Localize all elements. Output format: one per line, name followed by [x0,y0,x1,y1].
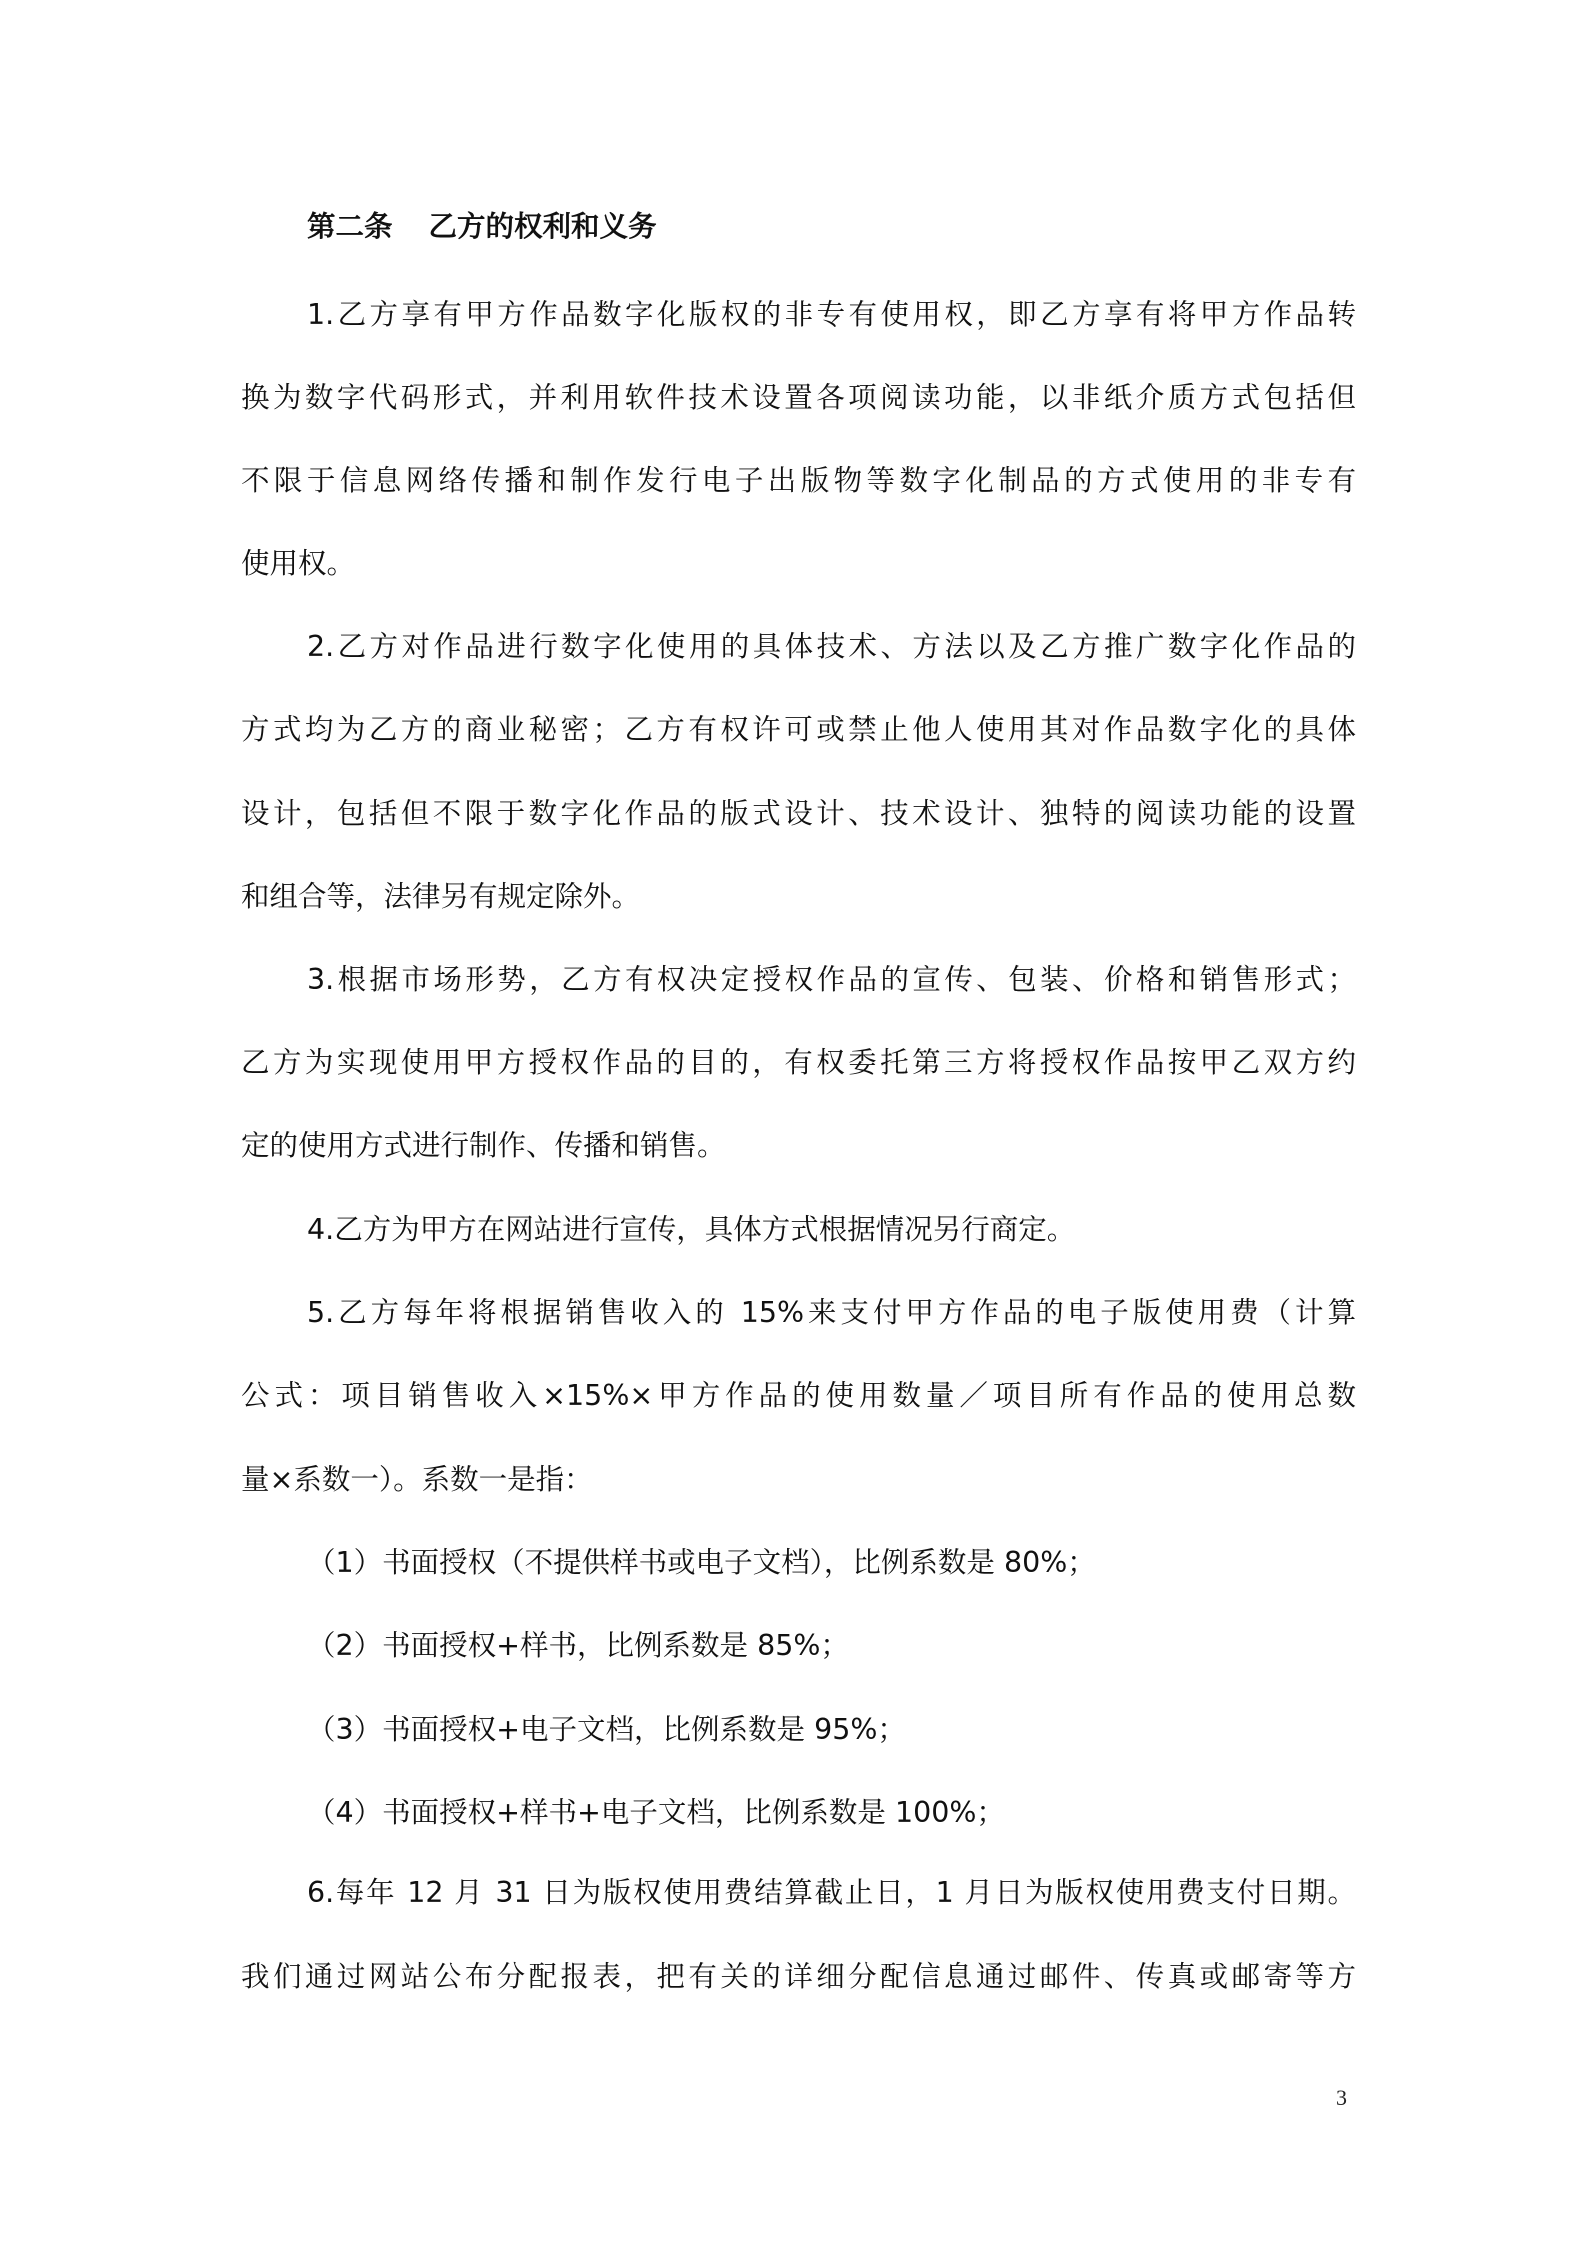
paragraph-3-line-2: 乙方为实现使用甲方授权作品的目的，有权委托第三方将授权作品按甲乙双方约 [241,1043,1356,1083]
paragraph-5-line-2: 公式：项目销售收入×15%×甲方作品的使用数量／项目所有作品的使用总数 [241,1376,1356,1416]
paragraph-6-line-1: 6.每年 12 月 31 日为版权使用费结算截止日，1 月日为版权使用费支付日期… [307,1873,1356,1913]
paragraph-1-line-3: 不限于信息网络传播和制作发行电子出版物等数字化制品的方式使用的非专有 [241,461,1356,501]
coefficient-item-4: （4）书面授权+样书+电子文档，比例系数是 100%； [307,1793,1356,1833]
paragraph-1-line-1: 1.乙方享有甲方作品数字化版权的非专有使用权，即乙方享有将甲方作品转 [307,295,1356,335]
paragraph-3-line-3: 定的使用方式进行制作、传播和销售。 [241,1126,1356,1166]
coefficient-item-2: （2）书面授权+样书，比例系数是 85%； [307,1626,1356,1666]
article-title: 乙方的权利和义务 [429,210,657,243]
page-number: 3 [1336,2085,1347,2111]
article-number: 第二条 [307,210,393,243]
paragraph-1-line-4: 使用权。 [241,544,1356,584]
paragraph-2-line-2: 方式均为乙方的商业秘密；乙方有权许可或禁止他人使用其对作品数字化的具体 [241,710,1356,750]
paragraph-2-line-4: 和组合等，法律另有规定除外。 [241,877,1356,917]
paragraph-2-line-3: 设计，包括但不限于数字化作品的版式设计、技术设计、独特的阅读功能的设置 [241,794,1356,834]
coefficient-item-3: （3）书面授权+电子文档，比例系数是 95%； [307,1710,1356,1750]
paragraph-4-line-1: 4.乙方为甲方在网站进行宣传，具体方式根据情况另行商定。 [307,1210,1356,1250]
document-page: 第二条乙方的权利和义务 1.乙方享有甲方作品数字化版权的非专有使用权，即乙方享有… [0,0,1586,2244]
coefficient-item-1: （1）书面授权（不提供样书或电子文档），比例系数是 80%； [307,1543,1356,1583]
paragraph-5-line-3: 量×系数一）。系数一是指： [241,1460,1356,1500]
article-heading: 第二条乙方的权利和义务 [307,207,1356,247]
paragraph-6-line-2: 我们通过网站公布分配报表，把有关的详细分配信息通过邮件、传真或邮寄等方 [241,1957,1356,1997]
paragraph-5-line-1: 5.乙方每年将根据销售收入的 15%来支付甲方作品的电子版使用费（计算 [307,1293,1356,1333]
paragraph-1-line-2: 换为数字代码形式，并利用软件技术设置各项阅读功能，以非纸介质方式包括但 [241,378,1356,418]
paragraph-2-line-1: 2.乙方对作品进行数字化使用的具体技术、方法以及乙方推广数字化作品的 [307,627,1356,667]
paragraph-3-line-1: 3.根据市场形势，乙方有权决定授权作品的宣传、包装、价格和销售形式； [307,960,1356,1000]
